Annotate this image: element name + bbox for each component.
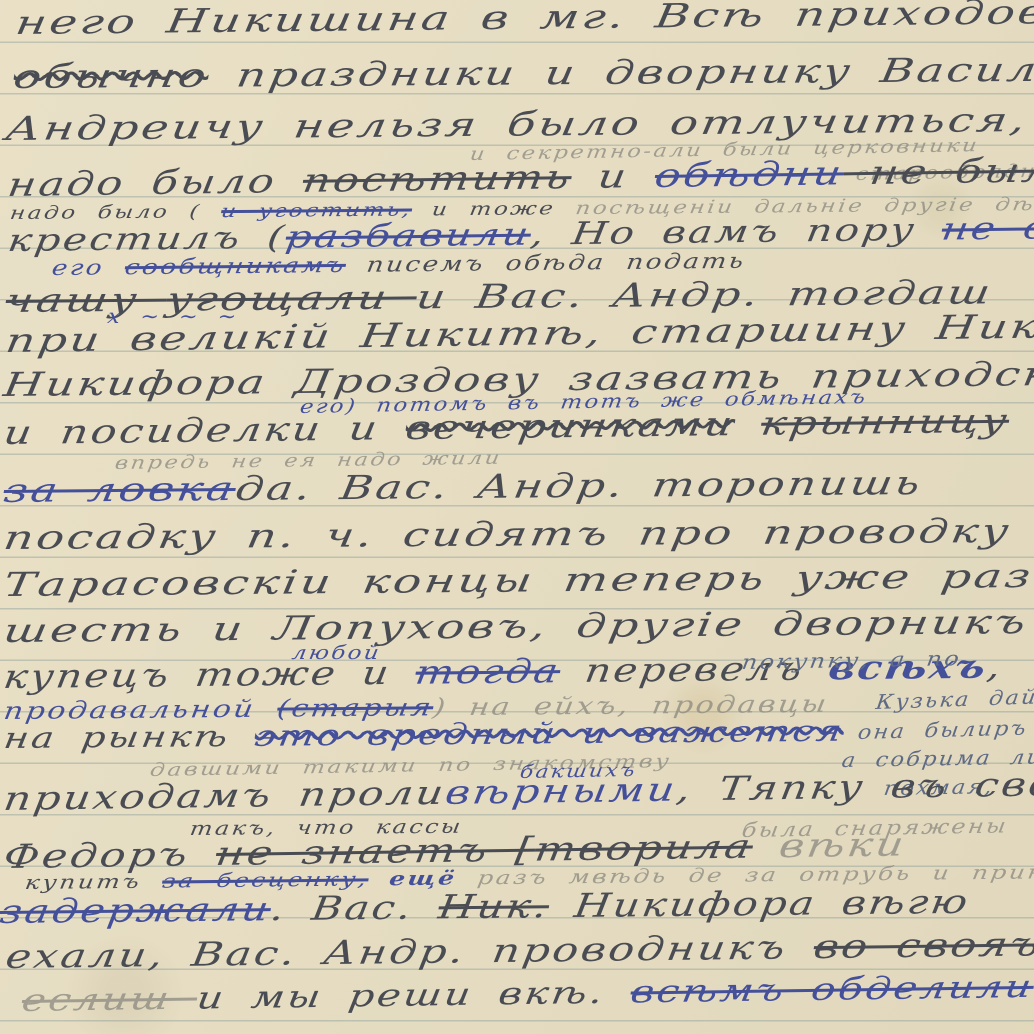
handwriting-segment: него Никишина в мг. [13,0,658,42]
manuscript-line: еслиш и мы реши вкѣ. всѣмъ обделили [20,972,1034,1017]
handwriting-segment: посѣтить [300,157,574,200]
handwriting-segment: во свояъ [811,924,1034,966]
manuscript-line: обычно праздники и дворнику Василью [12,52,1034,93]
handwriting-segment: , Но вамъ пору [528,212,944,253]
manuscript-page: него Никишина в мг. Всѣ приходовъобычно … [0,0,1034,1034]
handwriting-segment: всѣмъ обделили [628,969,1034,1011]
handwriting-segment: Всѣ приходовъ [653,0,1034,35]
handwriting-segment: крынницу [759,401,1012,443]
handwriting-segment: обѣдни [652,153,846,195]
handwriting-segment: задержали [0,889,274,931]
handwriting-segment: за ловка [1,469,239,510]
handwriting-segment: праздники и дворнику Василью [206,49,1034,94]
manuscript-line: задержали. Вас. Ник. Никифора вѣгю [0,885,972,928]
handwriting-segment: приходамъ проли [1,773,448,818]
handwriting-segment: вѣки [777,824,909,865]
handwriting-segment: . Вас. [268,887,442,928]
handwriting-segment: она былиръ [856,716,1029,745]
handwriting-segment: ехали, Вас. Андр. проводникъ [3,927,817,976]
handwriting-segment: и мы реши вкѣ. [194,974,633,1016]
handwriting-segment: , Тяпку въ свои [674,764,1034,809]
manuscript-line: шесть и Лопуховъ, другіе дворникъ [2,605,1031,647]
handwriting-segment: обычно [11,56,212,96]
manuscript-line: него Никишина в мг. Всѣ приходовъ [14,0,1034,39]
handwriting-segment: купецъ тоже и [1,653,419,696]
manuscript-line: на рынкѣ это вредный и важется [2,717,846,753]
handwriting-segment: Тарасовскіи концы теперь уже разъ [1,556,1034,604]
handwriting-segment: тогда [413,651,563,692]
handwriting-segment: посадку п. ч. сидятъ про проводку [1,511,1014,557]
handwriting-segment: не другихъ [939,208,1034,247]
handwriting-segment: и посиделки и [1,408,409,452]
manuscript-line: Кузька дайри [875,685,1034,712]
handwriting-segment: писемъ обѣда подать [344,249,747,277]
handwriting-segment: да. Вас. Андр. торопишь [233,463,925,508]
handwriting-segment: Кузька дайри [875,683,1034,714]
handwriting-segment: и [569,156,658,196]
handwriting-segment: Никифора вѣгю [546,882,972,925]
handwriting-segment: Ник. [436,886,552,926]
handwriting-segment: покупку, а по [740,646,963,674]
manuscript-line: и посиделки и вечеринками крынницу [2,404,1012,449]
manuscript-line: посадку п. ч. сидятъ про проводку [2,514,1014,554]
handwriting-segment: разбавили [283,217,533,256]
handwriting-segment: шесть и Лопуховъ, другіе дворникъ [1,602,1031,650]
handwriting-segment: сообщникамъ [123,253,347,279]
manuscript-line: за ловкада. Вас. Андр. торопишь [2,466,925,507]
manuscript-line: покупку, а по [741,648,963,672]
handwriting-segment: творила [532,827,755,869]
manuscript-line: Тарасовскіи концы теперь уже разъ [2,559,1034,601]
manuscript-line: ехали, Вас. Андр. проводникъ во свояъ [4,927,1034,973]
handwriting-segment: на рынкѣ [2,719,258,755]
handwriting-segment: надо было [5,161,306,204]
handwriting-segment: еслиш [19,981,199,1020]
manuscript-line: она былиръ [857,718,1030,743]
manuscript-line: надо было посѣтить и обѣдни не было [6,153,1034,201]
handwriting-segment: вечеринками [403,404,737,447]
handwriting-segment: это вредный и важется [252,714,846,753]
handwriting-segment: вѣрными [443,770,680,812]
handwriting-segment: не было [841,150,1034,192]
handwriting-segment: его [50,255,126,280]
